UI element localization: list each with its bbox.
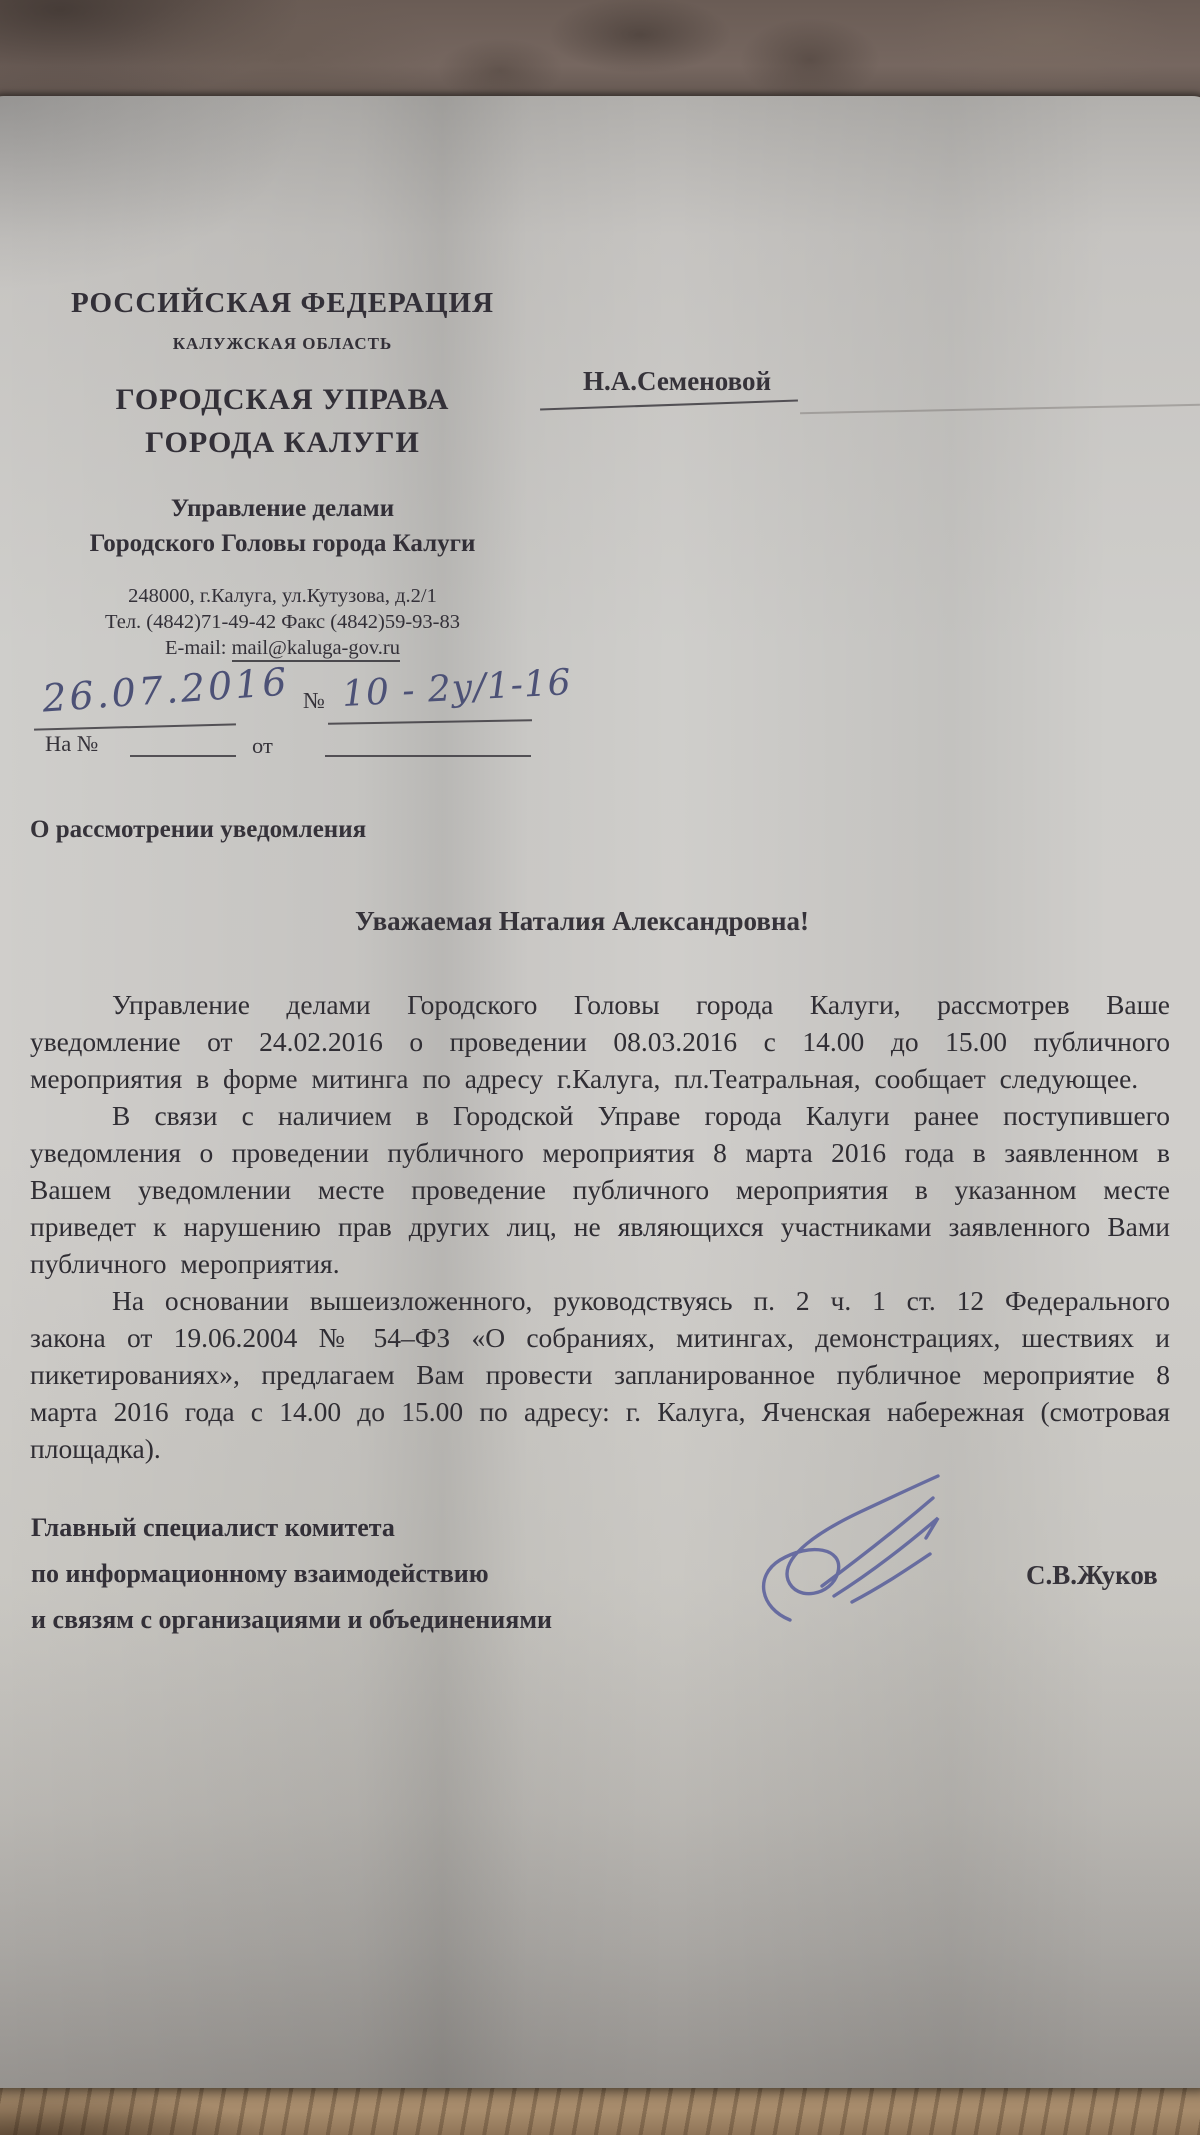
incoming-date-label: от [252, 733, 273, 759]
number-sign: № [303, 688, 325, 714]
addressee-name: Н.А.Семеновой [583, 366, 771, 397]
signer-name: С.В.Жуков [1026, 1560, 1158, 1591]
letterhead-dept-line1: Управление делами [20, 495, 545, 523]
letterhead-org-line1: ГОРОДСКАЯ УПРАВА [20, 383, 545, 417]
incoming-ref-label: На № [45, 731, 98, 757]
signer-title-block: Главный специалист комитета по информаци… [31, 1505, 552, 1643]
signer-title-line3: и связям с организациями и объединениями [31, 1597, 552, 1643]
letterhead-address: 248000, г.Калуга, ул.Кутузова, д.2/1 [20, 585, 545, 608]
letterhead-email-line: E-mail: mail@kaluga-gov.ru [20, 637, 545, 660]
incoming-ref-underline [130, 755, 236, 757]
letterhead-org-line2: ГОРОДА КАЛУГИ [20, 426, 545, 460]
table-surface-top [0, 0, 1200, 110]
signer-title-line1: Главный специалист комитета [31, 1505, 552, 1551]
body-paragraph-2: В связи с наличием в Городской Управе го… [30, 1097, 1170, 1282]
salutation: Уважаемая Наталия Александровна! [355, 906, 809, 937]
letterhead-country: РОССИЙСКАЯ ФЕДЕРАЦИЯ [20, 287, 545, 320]
table-surface-bottom [0, 2082, 1200, 2135]
letterhead-phone-fax: Тел. (4842)71-49-42 Факс (4842)59-93-83 [20, 611, 545, 634]
incoming-date-underline [325, 755, 531, 757]
body-paragraph-3: На основании вышеизложенного, руководств… [30, 1282, 1170, 1467]
subject-line: О рассмотрении уведомления [30, 816, 366, 844]
letterhead-region: КАЛУЖСКАЯ ОБЛАСТЬ [20, 334, 545, 354]
photo-of-document: { "colors": { "paper": "#cfcecb", "table… [0, 0, 1200, 2135]
email-label: E-mail: [165, 637, 226, 659]
email-address: mail@kaluga-gov.ru [232, 637, 400, 662]
letterhead-dept-line2: Городского Головы города Калуги [20, 530, 545, 558]
body-paragraph-1: Управление делами Городского Головы горо… [30, 986, 1170, 1097]
letter-body: Управление делами Городского Головы горо… [30, 986, 1170, 1467]
signer-title-line2: по информационному взаимодействию [31, 1551, 552, 1597]
signature-scribble [752, 1468, 982, 1638]
